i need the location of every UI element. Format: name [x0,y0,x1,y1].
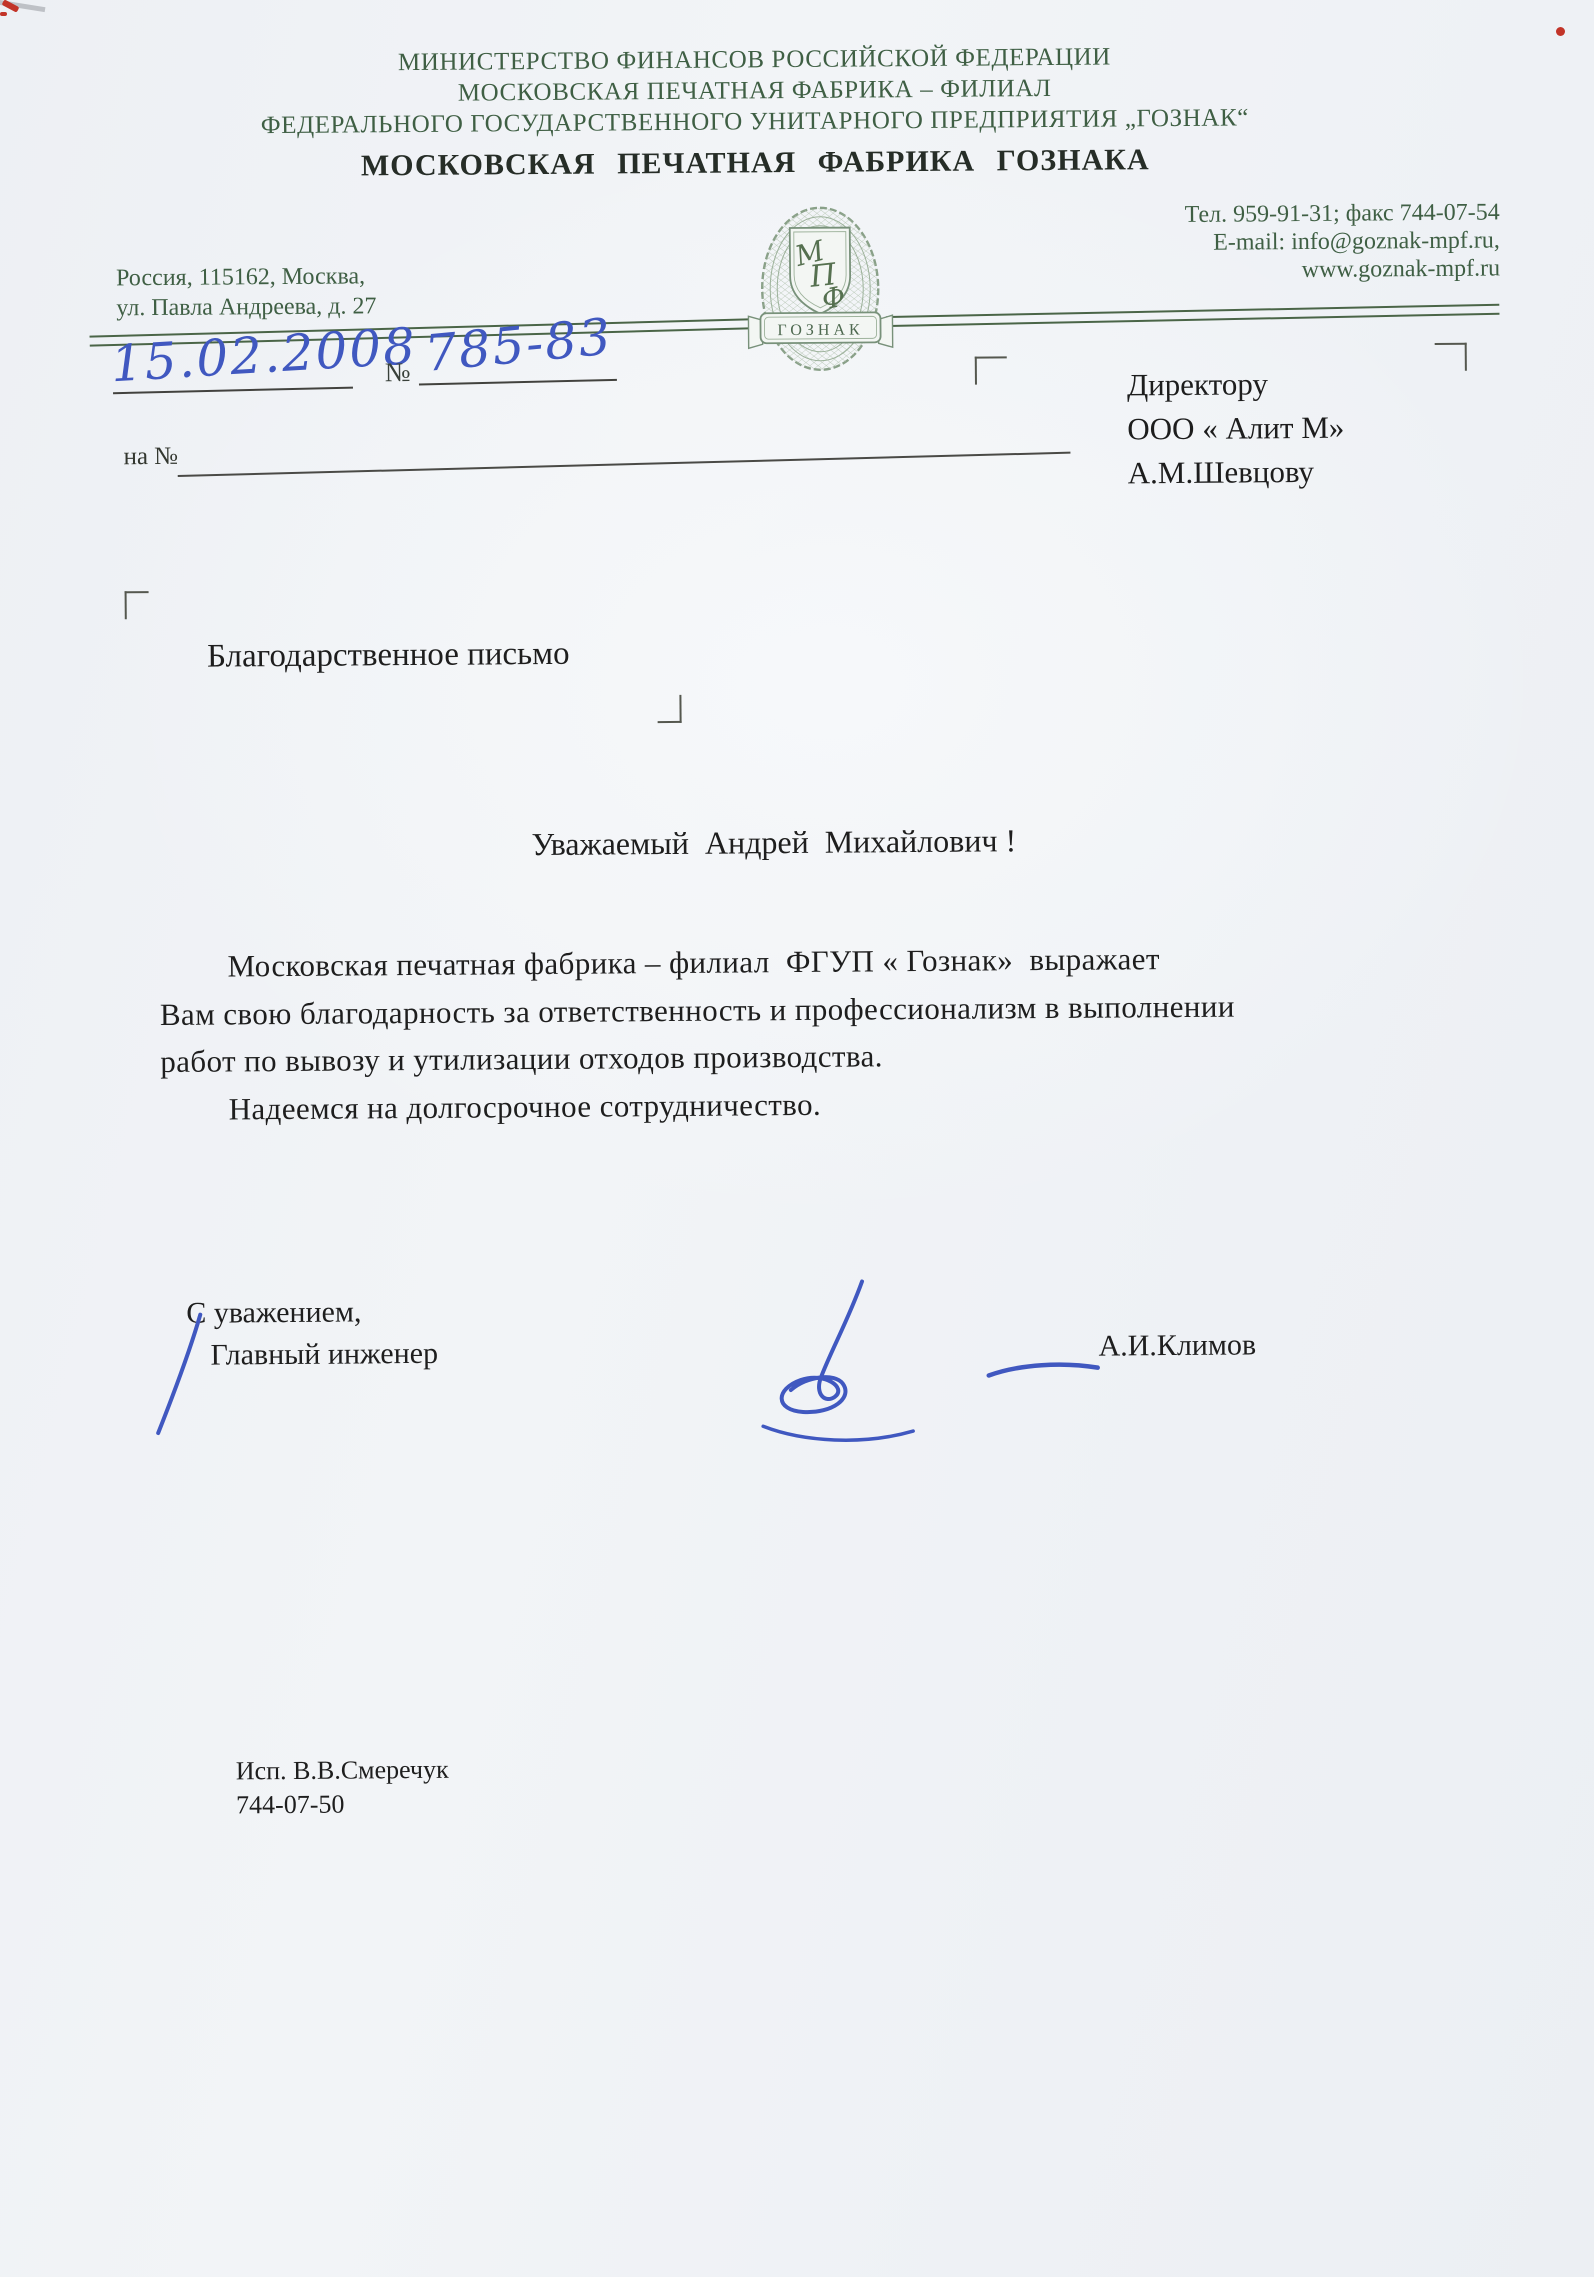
email-line: E-mail: info@goznak-mpf.ru, [1185,226,1500,256]
address-line2: ул. Павла Андреева, д. 27 [116,291,376,323]
executor-name: Исп. В.В.Смеречук [236,1753,449,1789]
signature-stroke [702,1275,933,1462]
scan-red-speck-top-right [1556,27,1565,36]
seal-banner-text: ГОЗНАК [777,321,863,339]
pen-slash-stroke [150,1311,211,1439]
signer-name: А.И.Климов [1098,1328,1256,1363]
subject-corner-mark-bottom-right [657,695,681,723]
goznak-seal: М П Ф ГОЗНАК [756,203,885,374]
addressee-block: Директору ООО « Алит М» А.М.Шевцову [1127,362,1345,496]
letter-subject: Благодарственное письмо [207,636,570,676]
addressee-corner-mark-top-left [975,356,1007,384]
subject-corner-mark-top-left [125,591,149,619]
body-line-2: Вам свою благодарность за ответственност… [160,981,1380,1038]
ministry-header: МИНИСТЕРСТВО ФИНАНСОВ РОССИЙСКОЙ ФЕДЕРАЦ… [89,39,1420,142]
letter-body: Московская печатная фабрика – филиал ФГУ… [159,933,1380,1133]
reply-underline [178,452,1071,477]
phone-fax-line: Тел. 959-91-31; факс 744-07-54 [1185,198,1500,228]
closing-phrase: С уважением, [186,1295,361,1330]
addressee-company: ООО « Алит М» [1127,406,1344,452]
postal-address-block: Россия, 115162, Москва, ул. Павла Андрее… [116,261,377,323]
seal-banner: ГОЗНАК [748,312,892,348]
number-sign-label: № [385,357,411,388]
salutation: Уважаемый Андрей Михайлович ! [531,822,1016,863]
handwritten-date: 15.02.2008 [109,317,418,393]
letterhead-rule-right [886,304,1499,327]
scan-red-speck-top-left-2 [0,12,7,16]
executor-phone: 744-07-50 [236,1787,449,1823]
signer-title: Главный инженер [210,1337,438,1373]
address-line1: Россия, 115162, Москва, [116,261,376,293]
letter-sheet: МИНИСТЕРСТВО ФИНАНСОВ РОССИЙСКОЙ ФЕДЕРАЦ… [0,0,1594,2277]
addressee-position: Директору [1127,362,1344,408]
reply-to-number-label: на № [123,443,178,471]
executor-block: Исп. В.В.Смеречук 744-07-50 [236,1753,449,1823]
body-line-4: Надеемся на долгосрочное сотрудничество. [160,1076,1380,1133]
pen-dash-stroke [985,1358,1103,1383]
handwritten-number: 785-83 [422,307,615,383]
scanned-letter-page: МИНИСТЕРСТВО ФИНАНСОВ РОССИЙСКОЙ ФЕДЕРАЦ… [0,0,1594,2277]
contact-block: Тел. 959-91-31; факс 744-07-54 E-mail: i… [1185,198,1501,284]
website-line: www.goznak-mpf.ru [1185,254,1500,284]
addressee-corner-mark-top-right [1435,343,1467,371]
organization-title: МОСКОВСКАЯ ПЕЧАТНАЯ ФАБРИКА ГОЗНАКА [90,141,1420,185]
addressee-person: А.М.Шевцову [1128,450,1345,496]
